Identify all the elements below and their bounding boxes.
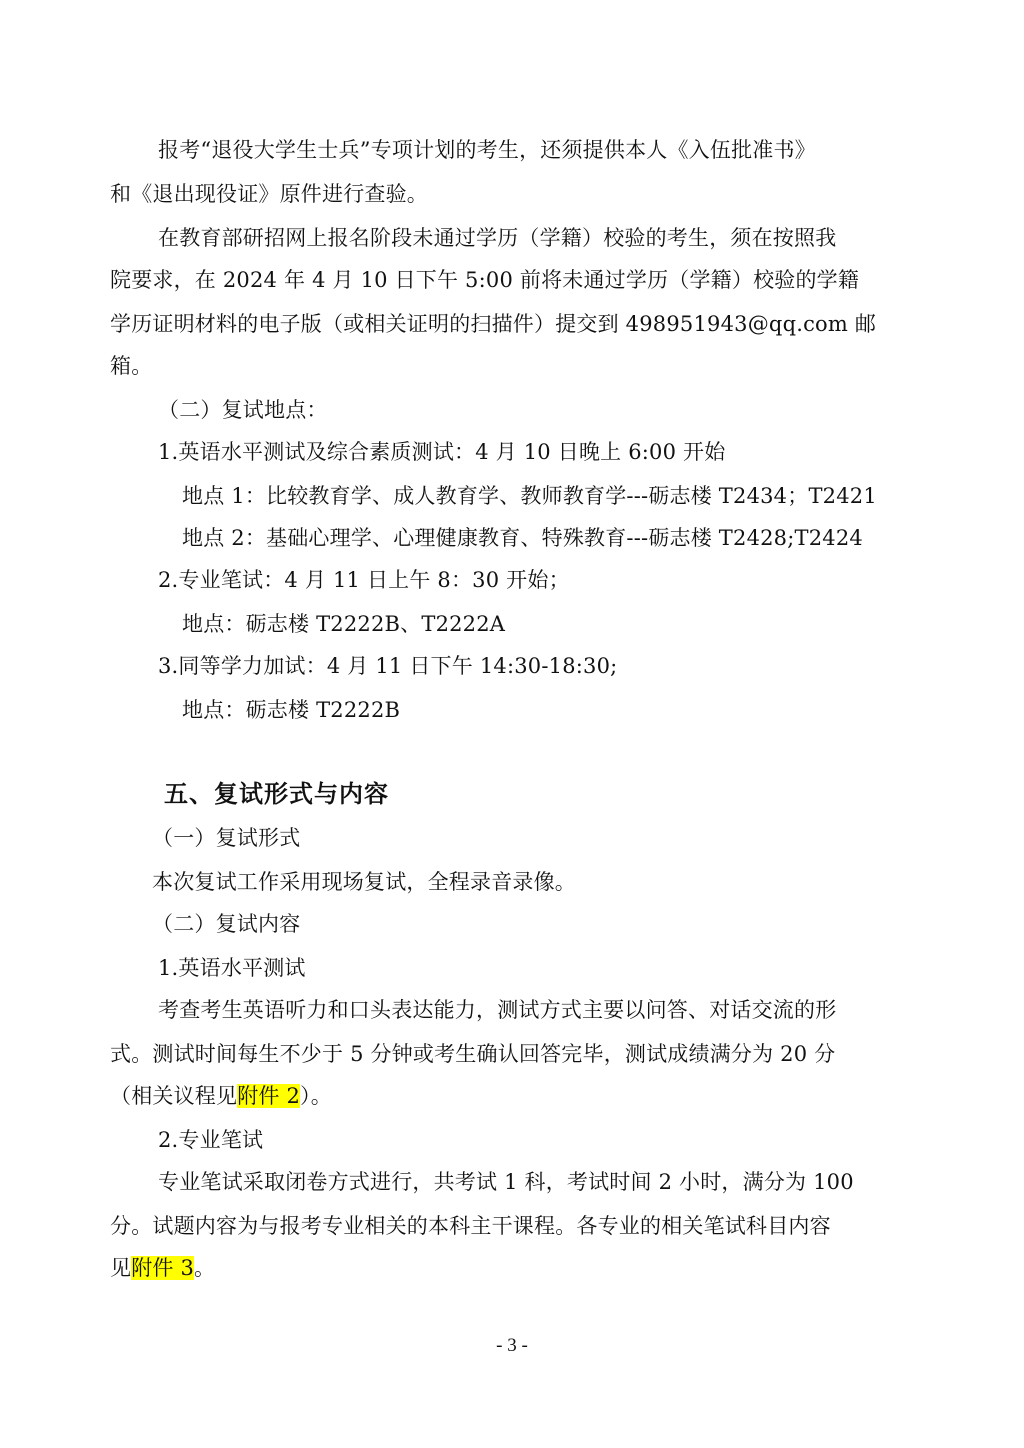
english-test-line-3-suffix: ）。: [300, 1084, 332, 1108]
english-test-line-3-prefix: （相关议程见: [110, 1084, 237, 1108]
locations-item-2-place: 地点：砺志楼 T2222B、T2222A: [182, 610, 505, 638]
section-5-heading: 五、复试形式与内容: [164, 778, 389, 810]
locations-item-3-title: 3.同等学力加试：4 月 11 日下午 14:30-18:30;: [158, 652, 617, 680]
paragraph-veteran-line-2: 和《退出现役证》原件进行查验。: [110, 180, 428, 208]
written-test-line-2: 分。试题内容为与报考专业相关的本科主干课程。各专业的相关笔试科目内容: [110, 1212, 831, 1240]
paragraph-veteran-line-1: 报考“退役大学生士兵”专项计划的考生，还须提供本人《入伍批准书》: [158, 136, 816, 164]
english-test-title: 1.英语水平测试: [158, 954, 306, 982]
paragraph-verification-line-3: 学历证明材料的电子版（或相关证明的扫描件）提交到 498951943@qq.co…: [110, 310, 876, 338]
written-test-line-3: 见附件 3。: [110, 1254, 215, 1282]
content-heading: （二）复试内容: [152, 910, 300, 938]
locations-item-2-title: 2.专业笔试：4 月 11 日上午 8：30 开始；: [158, 566, 570, 594]
attachment-2-reference: 附件 2: [237, 1084, 300, 1108]
english-test-line-2: 式。测试时间每生不少于 5 分钟或考生确认回答完毕，测试成绩满分为 20 分: [110, 1040, 835, 1068]
english-test-line-1: 考查考生英语听力和口头表达能力，测试方式主要以问答、对话交流的形: [158, 996, 836, 1024]
locations-item-1-title: 1.英语水平测试及综合素质测试：4 月 10 日晚上 6:00 开始: [158, 438, 725, 466]
paragraph-verification-line-2: 院要求，在 2024 年 4 月 10 日下午 5:00 前将未通过学历（学籍）…: [110, 266, 859, 294]
locations-item-3-place: 地点：砺志楼 T2222B: [182, 696, 400, 724]
written-test-line-3-prefix: 见: [110, 1256, 131, 1280]
form-text: 本次复试工作采用现场复试，全程录音录像。: [152, 868, 576, 896]
paragraph-verification-line-1: 在教育部研招网上报名阶段未通过学历（学籍）校验的考生，须在按照我: [158, 224, 836, 252]
paragraph-verification-line-4: 箱。: [110, 352, 152, 380]
english-test-line-3: （相关议程见附件 2）。: [110, 1082, 332, 1110]
written-test-title: 2.专业笔试: [158, 1126, 263, 1154]
locations-item-1-place-1: 地点 1：比较教育学、成人教育学、教师教育学---砺志楼 T2434；T2421: [182, 482, 877, 510]
written-test-line-1: 专业笔试采取闭卷方式进行，共考试 1 科，考试时间 2 小时，满分为 100: [158, 1168, 854, 1196]
form-heading: （一）复试形式: [152, 824, 300, 852]
document-page: 报考“退役大学生士兵”专项计划的考生，还须提供本人《入伍批准书》 和《退出现役证…: [0, 0, 1024, 1448]
attachment-3-reference: 附件 3: [131, 1256, 194, 1280]
written-test-line-3-suffix: 。: [194, 1256, 215, 1280]
locations-heading: （二）复试地点：: [158, 396, 328, 424]
page-number: - 3 -: [0, 1334, 1024, 1358]
locations-item-1-place-2: 地点 2：基础心理学、心理健康教育、特殊教育---砺志楼 T2428;T2424: [182, 524, 863, 552]
